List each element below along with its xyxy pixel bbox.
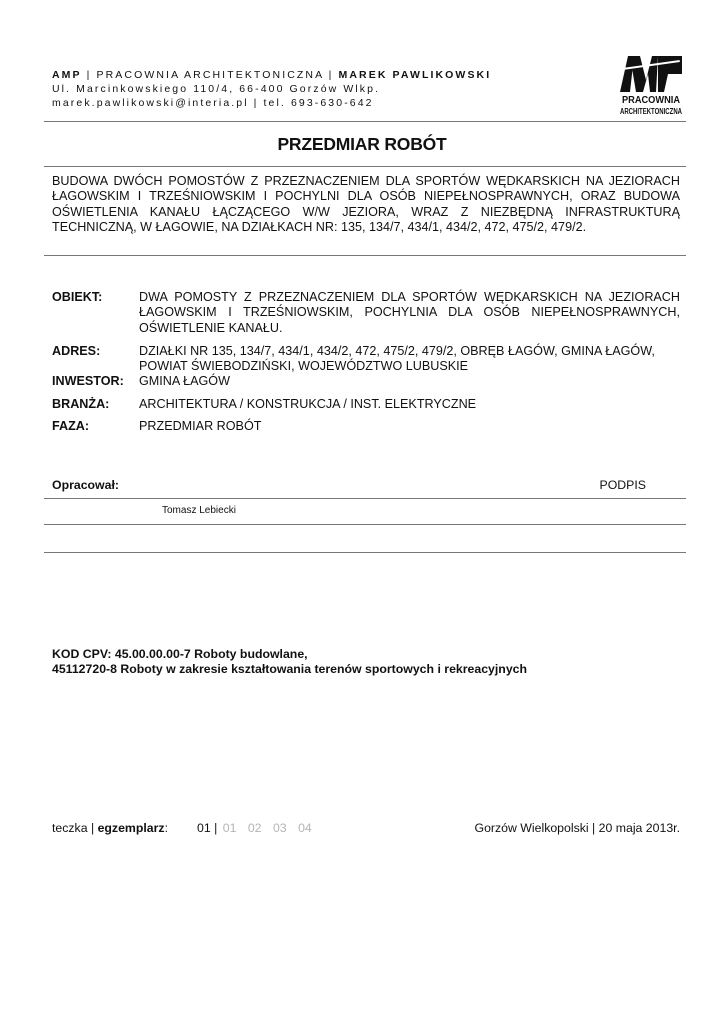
field-label-obiekt: OBIEKT:: [52, 290, 102, 304]
separator: |: [324, 69, 339, 81]
divider: [44, 524, 686, 525]
colon: :: [165, 821, 168, 835]
separator: |: [88, 821, 98, 835]
author-name: Tomasz Lebiecki: [162, 505, 236, 516]
copy-label: egzemplarz: [98, 821, 165, 835]
brand: AMP: [52, 69, 82, 81]
copy-number: 02: [248, 821, 262, 835]
current-copy: 01: [197, 821, 211, 835]
firm-header-line1: AMP | PRACOWNIA ARCHITEKTONICZNA | MAREK…: [52, 68, 491, 82]
field-value-adres: DZIAŁKI NR 135, 134/7, 434/1, 434/2, 472…: [139, 344, 659, 375]
svg-text:PRACOWNIA: PRACOWNIA: [622, 94, 680, 106]
field-value-obiekt: DWA POMOSTY Z PRZEZNACZENIEM DLA SPORTÓW…: [139, 290, 680, 336]
divider: [44, 552, 686, 553]
architect-name: MAREK PAWLIKOWSKI: [339, 69, 492, 81]
field-label-adres: ADRES:: [52, 344, 100, 358]
page-title: PRZEDMIAR ROBÓT: [0, 134, 724, 155]
field-label-branza: BRANŻA:: [52, 397, 109, 411]
separator: |: [82, 69, 97, 81]
folder-label: teczka: [52, 821, 88, 835]
firm-address: Ul. Marcinkowskiego 110/4, 66-400 Gorzów…: [52, 82, 491, 96]
place-date: Gorzów Wielkopolski | 20 maja 2013r.: [475, 821, 681, 835]
field-label-inwestor: INWESTOR:: [52, 374, 124, 388]
field-value-inwestor: GMINA ŁAGÓW: [139, 374, 680, 389]
cpv-codes: KOD CPV: 45.00.00.00-7 Roboty budowlane,…: [52, 647, 527, 677]
project-description: BUDOWA DWÓCH POMOSTÓW Z PRZEZNACZENIEM D…: [52, 174, 680, 235]
firm-header: AMP | PRACOWNIA ARCHITEKTONICZNA | MAREK…: [52, 68, 491, 110]
copy-info: teczka | egzemplarz:: [52, 821, 168, 835]
field-label-faza: FAZA:: [52, 419, 89, 433]
copy-number: 04: [298, 821, 312, 835]
divider: [44, 166, 686, 167]
amp-logo: PRACOWNIA ARCHITEKTONICZNA: [618, 52, 684, 120]
divider: [44, 498, 686, 499]
amp-logo-icon: PRACOWNIA ARCHITEKTONICZNA: [618, 52, 684, 120]
separator: |: [211, 821, 218, 835]
copy-number: 01: [223, 821, 237, 835]
cpv-line-1: KOD CPV: 45.00.00.00-7 Roboty budowlane,: [52, 647, 527, 662]
divider: [44, 255, 686, 256]
field-value-faza: PRZEDMIAR ROBÓT: [139, 419, 680, 434]
divider: [44, 121, 686, 122]
cpv-line-2: 45112720-8 Roboty w zakresie kształtowan…: [52, 662, 527, 677]
signature-label: PODPIS: [600, 478, 646, 492]
svg-text:ARCHITEKTONICZNA: ARCHITEKTONICZNA: [620, 107, 682, 116]
copy-number: 03: [273, 821, 287, 835]
copy-numbers: 01 | 01 02 03 04: [197, 821, 312, 835]
firm-contact: marek.pawlikowski@interia.pl | tel. 693-…: [52, 96, 491, 110]
field-value-branza: ARCHITEKTURA / KONSTRUKCJA / INST. ELEKT…: [139, 397, 680, 412]
prepared-by-label: Opracował:: [52, 478, 119, 492]
studio-name: PRACOWNIA ARCHITEKTONICZNA: [97, 69, 324, 81]
